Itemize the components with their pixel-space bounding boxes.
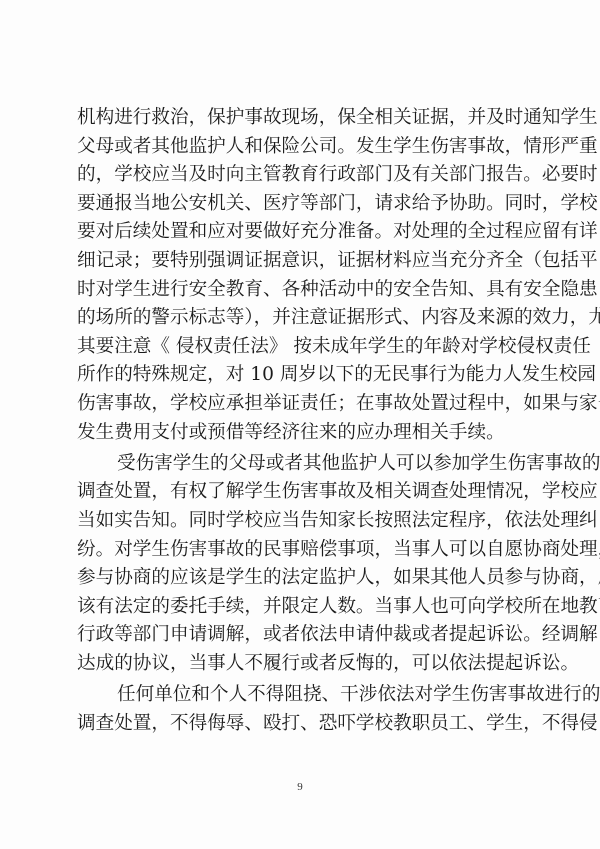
text-line: 该有法定的委托手续，并限定人数。当事人也可向学校所在地教育 <box>77 593 523 622</box>
text-line: 任何单位和个人不得阻挠、干涉依法对学生伤害事故进行的 <box>77 681 523 710</box>
text-line: 的，学校应当及时向主管教育行政部门及有关部门报告。必要时 <box>77 161 523 190</box>
body-text: 机构进行救治，保护事故现场，保全相关证据，并及时通知学生 父母或者其他监护人和保… <box>77 104 523 738</box>
text-line: 父母或者其他监护人和保险公司。发生学生伤害事故，情形严重 <box>77 133 523 162</box>
text-line: 其要注意《 侵权责任法》 按未成年学生的年龄对学校侵权责任 <box>77 333 523 362</box>
text-line: 伤害事故，学校应承担举证责任；在事故处置过程中，如果与家长 <box>77 390 523 419</box>
text-line: 调查处置，不得侮辱、殴打、恐吓学校教职员工、学生，不得侵 <box>77 710 523 739</box>
text-line: 纷。对学生伤害事故的民事赔偿事项，当事人可以自愿协商处理， <box>77 536 523 565</box>
text-line: 的场所的警示标志等），并注意证据形式、内容及来源的效力，尤 <box>77 304 523 333</box>
paragraph-2: 受伤害学生的父母或者其他监护人可以参加学生伤害事故的 调查处置，有权了解学生伤害… <box>77 450 523 679</box>
page-number: 9 <box>0 781 600 793</box>
text-line: 受伤害学生的父母或者其他监护人可以参加学生伤害事故的 <box>77 450 523 479</box>
text-line: 当如实告知。同时学校应当告知家长按照法定程序，依法处理纠 <box>77 507 523 536</box>
text-line: 要对后续处置和应对要做好充分准备。对处理的全过程应留有详 <box>77 218 523 247</box>
text-line: 发生费用支付或预借等经济往来的应办理相关手续。 <box>77 419 523 448</box>
text-line: 调查处置，有权了解学生伤害事故及相关调查处理情况，学校应 <box>77 478 523 507</box>
text-line: 时对学生进行安全教育、各种活动中的安全告知、具有安全隐患 <box>77 276 523 305</box>
paragraph-3: 任何单位和个人不得阻挠、干涉依法对学生伤害事故进行的 调查处置，不得侮辱、殴打、… <box>77 681 523 738</box>
text-line: 所作的特殊规定，对 10 周岁以下的无民事行为能力人发生校园 <box>77 361 523 390</box>
text-line: 行政等部门申请调解，或者依法申请仲裁或者提起诉讼。经调解 <box>77 621 523 650</box>
text-line: 细记录；要特别强调证据意识，证据材料应当充分齐全（包括平 <box>77 247 523 276</box>
text-line: 达成的协议，当事人不履行或者反悔的，可以依法提起诉讼。 <box>77 650 523 679</box>
text-line: 要通报当地公安机关、医疗等部门，请求给予协助。同时，学校 <box>77 190 523 219</box>
document-page: 机构进行救治，保护事故现场，保全相关证据，并及时通知学生 父母或者其他监护人和保… <box>0 0 600 849</box>
text-line: 参与协商的应该是学生的法定监护人，如果其他人员参与协商，应 <box>77 564 523 593</box>
text-line: 机构进行救治，保护事故现场，保全相关证据，并及时通知学生 <box>77 104 523 133</box>
paragraph-1: 机构进行救治，保护事故现场，保全相关证据，并及时通知学生 父母或者其他监护人和保… <box>77 104 523 447</box>
